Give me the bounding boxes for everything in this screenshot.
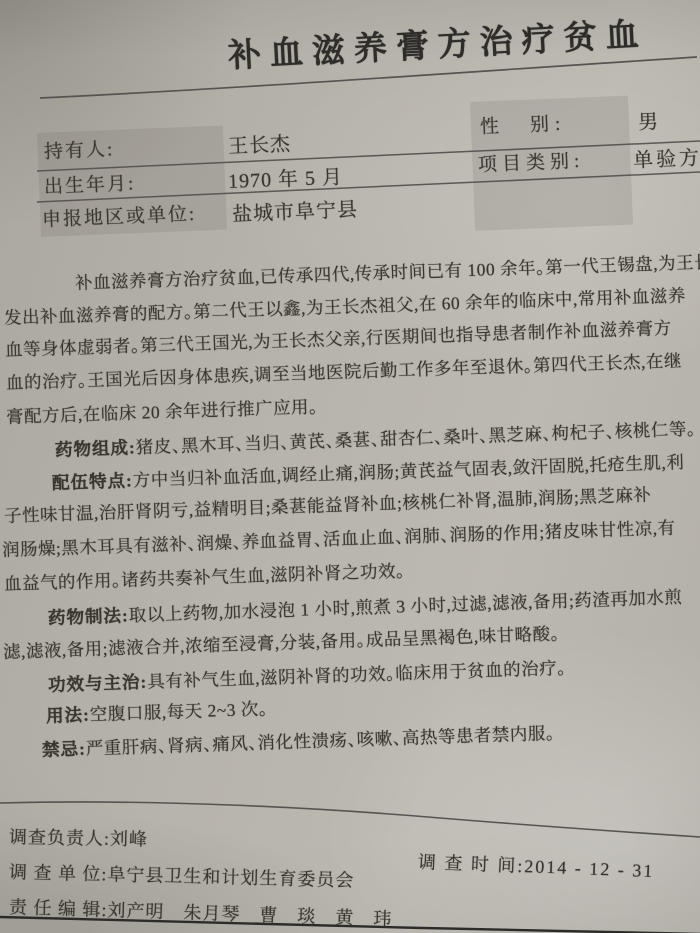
document-page: 补血滋养膏方治疗贫血 持有人: 王长杰 出生年月: 1970 年 5 月 申报地… <box>0 0 700 933</box>
investigator-label: 调查负责人: <box>9 827 110 849</box>
section-head: 禁忌: <box>42 739 86 760</box>
body-line: 用法:空腹口服,每天 2~3 次。 <box>46 696 269 728</box>
investigator-row: 调查负责人:刘峰 <box>9 823 148 851</box>
editors-label: 责 任 编 辑: <box>9 897 108 920</box>
section-head: 功效与主治: <box>48 672 148 695</box>
body-line: 膏配方后,在临床 20 余年进行推广应用。 <box>6 394 319 429</box>
body-line: 血益气的作用。诸药共奏补气生血,滋阴补肾之功效。 <box>4 558 406 596</box>
survey-unit-label: 调 查 单 位: <box>9 862 108 884</box>
investigator-value: 刘峰 <box>110 829 148 850</box>
section-head: 配伍特点: <box>52 470 133 493</box>
line-text: 取以上药物,加水浸泡 1 小时,煎煮 3 小时,过滤,滤液,备用;药渣再加水煎 <box>128 587 682 625</box>
line-text: 膏配方后,在临床 20 余年进行推广应用。 <box>6 397 319 427</box>
line-text: 严重肝病、肾病、痛风、消化性溃疡、咳嗽、高热等患者禁内服。 <box>85 723 555 759</box>
line-text: 空腹口服,每天 2~3 次。 <box>89 699 268 725</box>
body-line: 禁忌:严重肝病、肾病、痛风、消化性溃疡、咳嗽、高热等患者禁内服。 <box>42 720 556 762</box>
survey-unit-value: 阜宁县卫生和计划生育委员会 <box>107 864 354 890</box>
section-head: 药物制法: <box>48 605 129 628</box>
line-text: 滤,滤液,备用;滤液合并,浓缩至浸膏,分装,备用。成品呈黑褐色,味甘略酸。 <box>3 624 560 662</box>
section-head: 用法: <box>46 705 90 726</box>
line-text: 具有补气生血,滋阴补肾的功效。临床用于贫血的治疗。 <box>147 658 567 692</box>
body-text: 补血滋养膏方治疗贫血,已传承四代,传承时间已有 100 余年。第一代王锡盘,为王… <box>0 0 700 933</box>
section-head: 药物组成: <box>55 437 136 460</box>
body-line: 功效与主治:具有补气生血,滋阴补肾的功效。临床用于贫血的治疗。 <box>48 655 567 697</box>
survey-date-value: 2014 - 12 - 31 <box>524 856 655 881</box>
survey-date-label: 调 查 时 间: <box>418 852 525 876</box>
line-text: 血益气的作用。诸药共奏补气生血,滋阴补肾之功效。 <box>4 561 406 594</box>
